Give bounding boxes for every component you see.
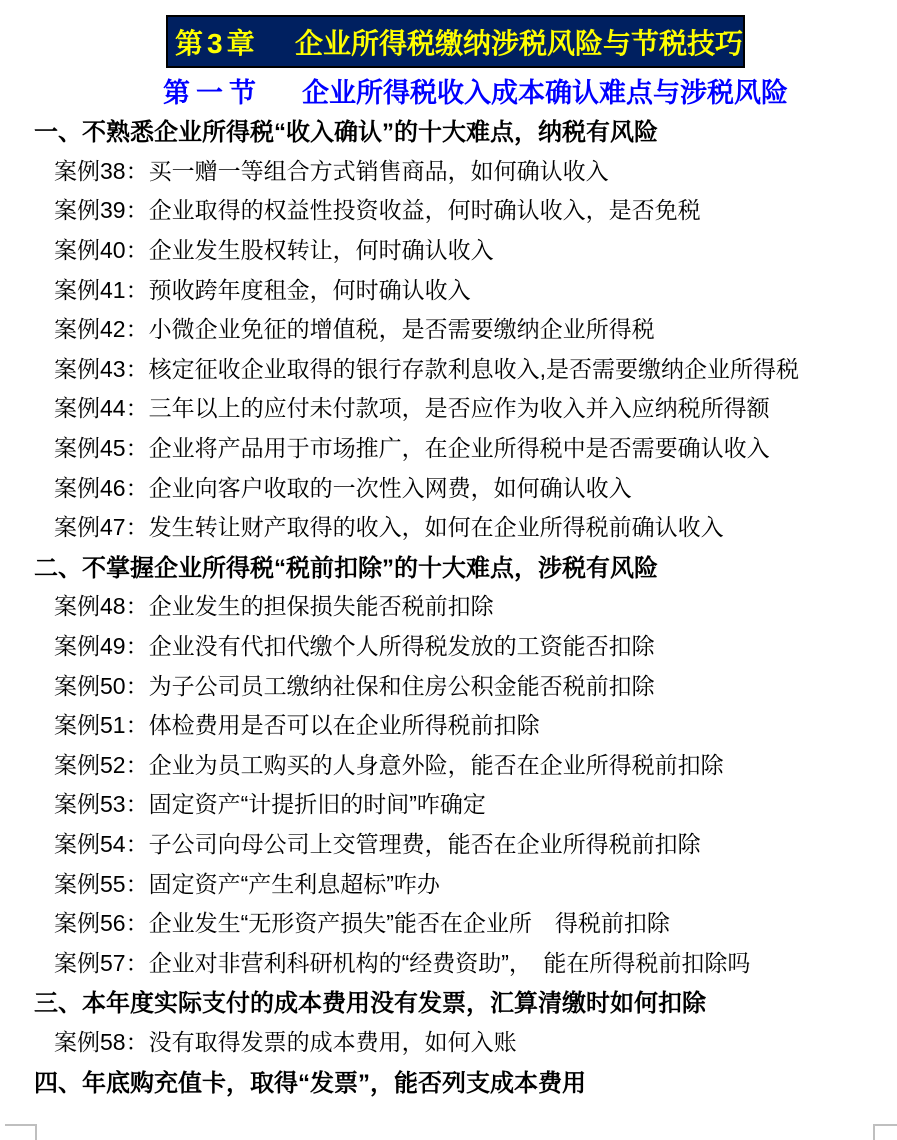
case-item: 案例53：固定资产“计提折旧的时间”咋确定 bbox=[0, 783, 897, 823]
case-item: 案例58：没有取得发票的成本费用，如何入账 bbox=[0, 1021, 897, 1061]
case-item: 案例48：企业发生的担保损失能否税前扣除 bbox=[0, 585, 897, 625]
chapter-number: 第3章 bbox=[175, 22, 259, 62]
case-item: 案例41：预收跨年度租金，何时确认收入 bbox=[0, 268, 897, 308]
case-item: 案例50：为子公司员工缴纳社保和住房公积金能否税前扣除 bbox=[0, 664, 897, 704]
page-boundary-mark-bottom-right bbox=[873, 1124, 897, 1140]
document-page: 第3章 企业所得税缴纳涉税风险与节税技巧 第一节 企业所得税收入成本确认难点与涉… bbox=[0, 0, 897, 1140]
case-item: 案例56：企业发生“无形资产损失”能否在企业所 得税前扣除 bbox=[0, 902, 897, 942]
case-item: 案例52：企业为员工购买的人身意外险，能否在企业所得税前扣除 bbox=[0, 744, 897, 784]
case-item: 案例55：固定资产“产生利息超标”咋办 bbox=[0, 862, 897, 902]
case-item: 案例47：发生转让财产取得的收入，如何在企业所得税前确认收入 bbox=[0, 506, 897, 546]
chapter-title: 企业所得税缴纳涉税风险与节税技巧 bbox=[295, 22, 743, 62]
case-item: 案例42：小微企业免征的增值税，是否需要缴纳企业所得税 bbox=[0, 308, 897, 348]
case-item: 案例54：子公司向母公司上交管理费，能否在企业所得税前扣除 bbox=[0, 823, 897, 863]
case-item: 案例43：核定征收企业取得的银行存款利息收入,是否需要缴纳企业所得税 bbox=[0, 348, 897, 388]
case-item: 案例46：企业向客户收取的一次性入网费，如何确认收入 bbox=[0, 466, 897, 506]
outline-heading: 二、不掌握企业所得税“税前扣除”的十大难点，涉税有风险 bbox=[0, 546, 897, 586]
section-title-text: 企业所得税收入成本确认难点与涉税风险 bbox=[302, 71, 788, 110]
case-item: 案例44：三年以上的应付未付款项，是否应作为收入并入应纳税所得额 bbox=[0, 387, 897, 427]
outline-heading: 一、不熟悉企业所得税“收入确认”的十大难点，纳税有风险 bbox=[0, 110, 897, 150]
section-number: 第一节 bbox=[163, 71, 262, 110]
case-item: 案例39：企业取得的权益性投资收益，何时确认收入，是否免税 bbox=[0, 189, 897, 229]
outline-heading: 三、本年度实际支付的成本费用没有发票，汇算清缴时如何扣除 bbox=[0, 981, 897, 1021]
section-title: 第一节 企业所得税收入成本确认难点与涉税风险 bbox=[163, 71, 788, 109]
case-item: 案例51：体检费用是否可以在企业所得税前扣除 bbox=[0, 704, 897, 744]
chapter-banner: 第3章 企业所得税缴纳涉税风险与节税技巧 bbox=[166, 15, 745, 68]
outline-list: 一、不熟悉企业所得税“收入确认”的十大难点，纳税有风险案例38：买一赠一等组合方… bbox=[0, 110, 897, 1100]
case-item: 案例38：买一赠一等组合方式销售商品，如何确认收入 bbox=[0, 150, 897, 190]
case-item: 案例49：企业没有代扣代缴个人所得税发放的工资能否扣除 bbox=[0, 625, 897, 665]
page-boundary-mark-bottom-left bbox=[5, 1124, 37, 1140]
case-item: 案例57：企业对非营利科研机构的“经费资助”， 能在所得税前扣除吗 bbox=[0, 941, 897, 981]
outline-heading: 四、年底购充值卡，取得“发票”，能否列支成本费用 bbox=[0, 1060, 897, 1100]
case-item: 案例40：企业发生股权转让，何时确认收入 bbox=[0, 229, 897, 269]
case-item: 案例45：企业将产品用于市场推广，在企业所得税中是否需要确认收入 bbox=[0, 427, 897, 467]
